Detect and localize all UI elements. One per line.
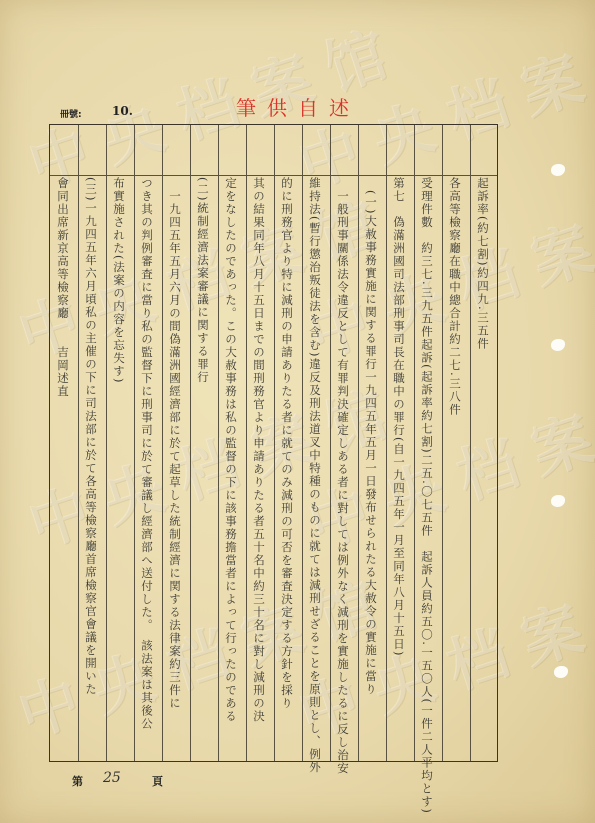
column-text: 定をなしたのであった。: [224, 177, 238, 320]
column-text: (三)一九四五年六月頃私の主催の下に司法部に於て各高等檢察廳首席檢察官會議を開い…: [84, 177, 98, 696]
page-number: 25: [103, 770, 121, 786]
document-title: 筆供自述: [236, 92, 360, 121]
column-text: 一九四五年五月六月の間偽滿洲國經濟部に於て起草した統制經濟に関する法律案約三件に: [168, 177, 182, 710]
column-text: 各高等檢察廳在職中總合計: [448, 177, 462, 333]
volume-label: 冊號:: [60, 107, 82, 120]
column-text: 布實施された(法案の内容を忘失す): [112, 177, 126, 384]
column-continuation-text: 新京高等檢察廳 吉岡述直: [56, 229, 70, 398]
column-continuation-text: 一九四五年五月一日發布せられたる大赦令の實施に當り: [364, 371, 378, 696]
column-text: 會同出席: [56, 177, 70, 229]
text-column: 第七 偽滿洲國司法部刑事司長在職中の罪行(自一九四五年一月至同年八月十五日): [387, 177, 413, 657]
column-text: 其の結果同年八月十五日までの間刑務官より申請ありたる者五十名中約三十名に對し減刑…: [252, 177, 266, 723]
column-text: 第七 偽滿洲國司法部刑事司長在職中の罪行(自一九四五年一月至同年八月十五日): [392, 177, 406, 657]
text-column: 受理件數 約三七.三九五件起訴(起訴率約七割)二五.〇七五件 起訴人員約五〇.一…: [415, 177, 441, 814]
column-text: つき其の判例審査に當り私の監督下に刑事司に於て審議し經濟部へ送付した。 該法案は…: [140, 177, 154, 730]
text-column: 會同出席新京高等檢察廳 吉岡述直: [51, 177, 77, 398]
column-text: 受理件數 約三七.三九五件: [420, 177, 434, 338]
text-column: 起訴率(約七割)約四九.三五件: [471, 177, 497, 350]
column-text: 一般刑事關係法令違反として有罪判決確定しある者に對しては例外なく減刑を實施したる…: [336, 177, 350, 775]
column-continuation-text: 約四九.三五件: [476, 267, 490, 350]
punch-hole: [551, 339, 565, 351]
punch-hole: [551, 495, 565, 507]
column-continuation-text: 約二七.三八件: [448, 333, 462, 416]
page-label-suffix: 頁: [152, 773, 163, 789]
column-text: 維持法(暫行懲治叛徒法を含む)違反及刑法道叉中特種のものに就ては減刑せざることを…: [308, 177, 322, 774]
text-column: 各高等檢察廳在職中總合計約二七.三八件: [443, 177, 469, 416]
text-column: つき其の判例審査に當り私の監督下に刑事司に於て審議し經濟部へ送付した。 該法案は…: [135, 177, 161, 730]
text-column: 的に刑務官より特に減刑の申請ありたる者に就てのみ減刑の可否を審査決定する方針を採…: [275, 177, 301, 710]
text-column: 定をなしたのであった。この大赦事務は私の監督の下に該事務擔當者によって行ったので…: [219, 177, 245, 723]
volume-number: 10.: [112, 104, 133, 118]
text-column: 一般刑事關係法令違反として有罪判決確定しある者に對しては例外なく減刑を實施したる…: [331, 177, 357, 775]
column-text: (二)統制經濟法案審議に関する罪行: [196, 177, 210, 384]
column-text: 的に刑務官より特に減刑の申請ありたる者に就てのみ減刑の可否を審査決定する方針を採…: [280, 177, 294, 710]
punch-hole: [551, 164, 565, 176]
text-column: (二)統制經濟法案審議に関する罪行: [191, 177, 217, 384]
text-column: 一九四五年五月六月の間偽滿洲國經濟部に於て起草した統制經濟に関する法律案約三件に: [163, 177, 189, 710]
column-text: (一)大赦事務實施に関する罪行: [364, 177, 378, 371]
document-page: 中央档案馆 中央档案馆 中央档案馆 中央档案馆 中央档案馆 中央档案馆 中央档案…: [0, 0, 595, 823]
text-column: 其の結果同年八月十五日までの間刑務官より申請ありたる者五十名中約三十名に對し減刑…: [247, 177, 273, 723]
text-column: 布實施された(法案の内容を忘失す): [107, 177, 133, 384]
text-column: (一)大赦事務實施に関する罪行一九四五年五月一日發布せられたる大赦令の實施に當り: [359, 177, 385, 696]
page-label-prefix: 第: [72, 773, 83, 789]
punch-hole: [554, 666, 568, 678]
manuscript-grid: 起訴率(約七割)約四九.三五件各高等檢察廳在職中總合計約二七.三八件受理件數 約…: [49, 124, 498, 762]
column-continuation-text: この大赦事務は私の監督の下に該事務擔當者によって行ったのである: [224, 320, 238, 723]
column-continuation-text: 起訴(起訴率約七割)二五.〇七五件 起訴人員約五〇.一五〇人(一件二人平均とす): [420, 338, 434, 814]
text-column: (三)一九四五年六月頃私の主催の下に司法部に於て各高等檢察廳首席檢察官會議を開い…: [79, 177, 105, 696]
column-text: 起訴率(約七割): [476, 177, 490, 267]
text-column: 維持法(暫行懲治叛徒法を含む)違反及刑法道叉中特種のものに就ては減刑せざることを…: [303, 177, 329, 774]
